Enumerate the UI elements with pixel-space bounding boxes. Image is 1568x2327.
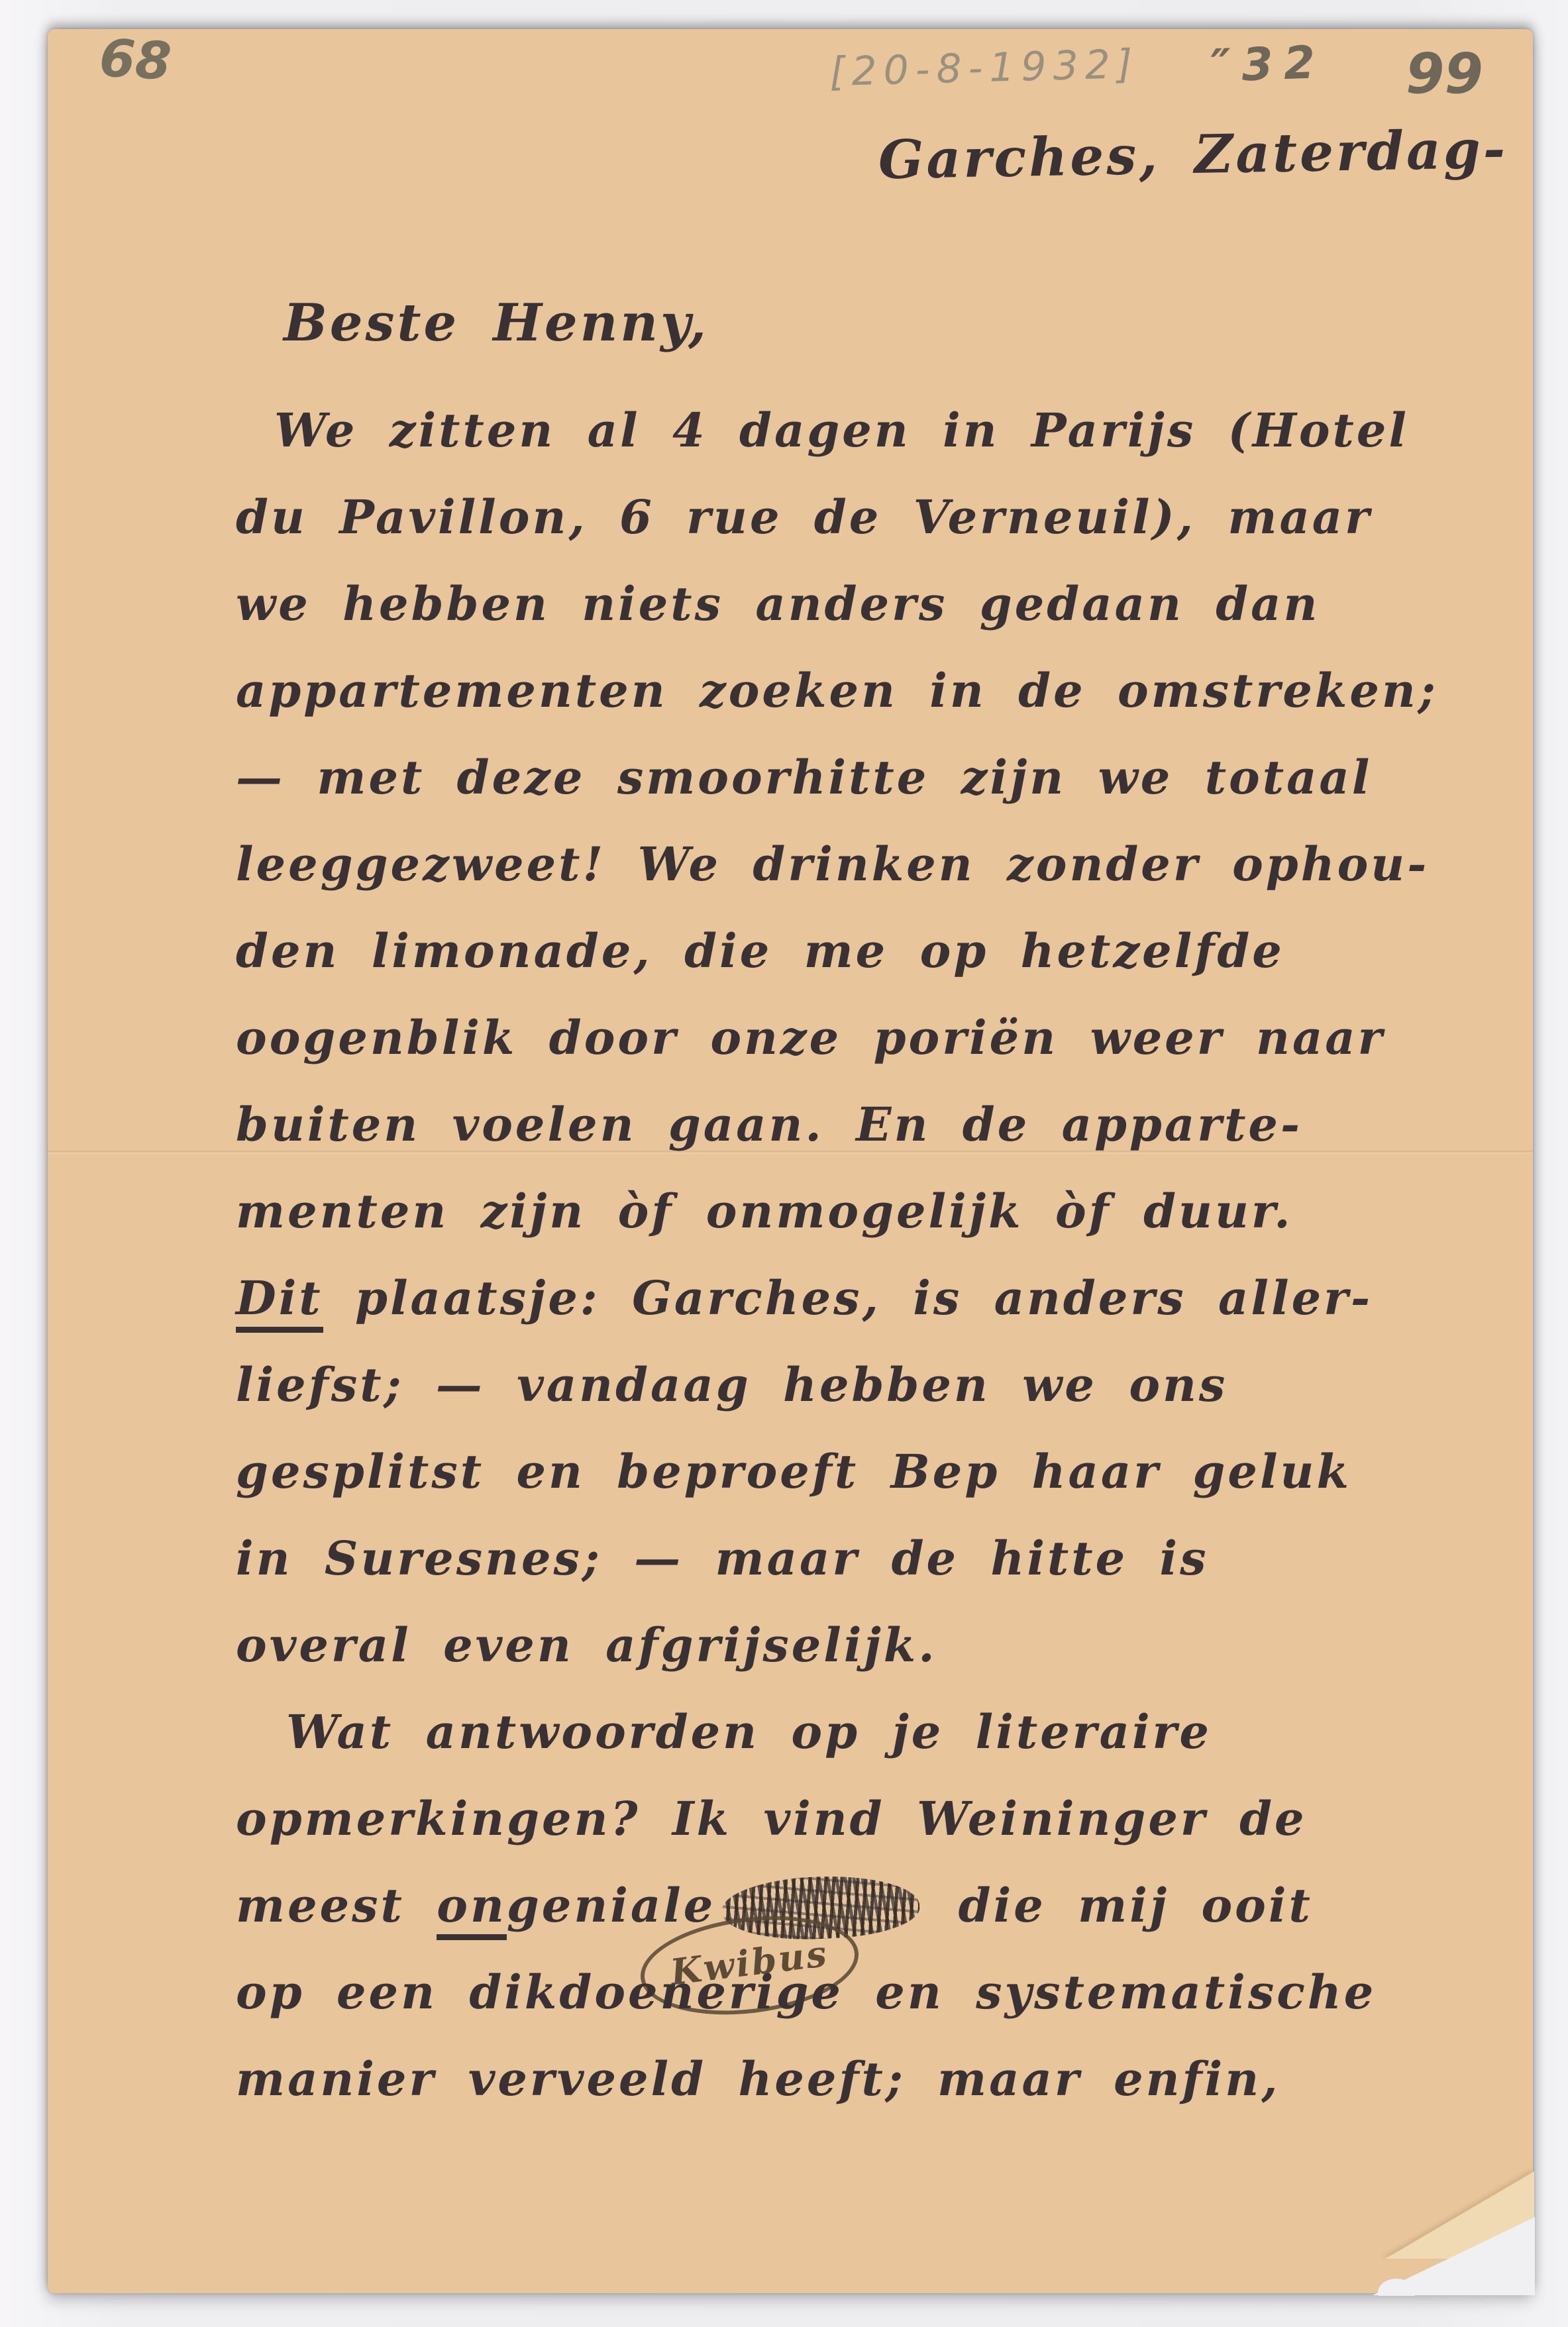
- letter-line: den limonade, die me op hetzelfde: [236, 907, 1438, 994]
- letter-heading-place-date: Garches, Zaterdag-: [878, 118, 1508, 191]
- letter-line: oogenblik door onze poriën weer naar: [236, 994, 1438, 1081]
- letter-line: menten zijn òf onmogelijk òf duur.: [236, 1168, 1438, 1255]
- letter-salutation: Beste Henny,: [284, 293, 709, 353]
- letter-line: Dit plaatsje: Garches, is anders aller-: [236, 1255, 1438, 1341]
- page-background: 68 [20-8-1932] ″32 99 Garches, Zaterdag-…: [0, 0, 1568, 2327]
- letter-line: buiten voelen gaan. En de apparte-: [236, 1081, 1438, 1168]
- letter-line: leeggezweet! We drinken zonder ophou-: [236, 821, 1438, 907]
- letter-line: gesplitst en beproeft Bep haar geluk: [236, 1428, 1438, 1515]
- letter-line: Wat antwoorden op je literaire: [236, 1688, 1438, 1775]
- letter-line-text: die mij ooit: [926, 1878, 1312, 1933]
- letter-line: op een dikdoenerige en systematische: [236, 1949, 1438, 2036]
- on-underlined-prefix: on: [437, 1878, 507, 1940]
- pencil-inventory-number: 68: [98, 28, 173, 92]
- letter-line: opmerkingen? Ik vind Weininger de: [236, 1775, 1438, 1862]
- letter-line: manier verveeld heeft; maar enfin,: [236, 2036, 1438, 2122]
- letter-line: — met deze smoorhitte zijn we totaal: [236, 734, 1438, 821]
- pencil-date-annotation: [20-8-1932]: [829, 41, 1139, 95]
- letter-line-text: geniale: [507, 1878, 715, 1933]
- letter-line: meest ongeniale die mij ooit Kwibus: [236, 1862, 1438, 1949]
- letter-line: we hebben niets anders gedaan dan: [236, 560, 1438, 647]
- letter-body: We zitten al 4 dagen in Parijs (Hotel du…: [236, 387, 1438, 2122]
- pencil-year-annotation: ″32: [1210, 36, 1327, 93]
- letter-line: We zitten al 4 dagen in Parijs (Hotel: [236, 387, 1438, 474]
- letter-line: overal even afgrijselijk.: [236, 1602, 1438, 1688]
- letter-line: du Pavillon, 6 rue de Verneuil), maar: [236, 474, 1438, 560]
- letter-line-text: plaatsje: Garches, is anders aller-: [323, 1270, 1373, 1325]
- letter-line: in Suresnes; — maar de hitte is: [236, 1515, 1438, 1602]
- pencil-page-number: 99: [1406, 41, 1483, 106]
- letter-line: liefst; — vandaag hebben we ons: [236, 1341, 1438, 1428]
- letter-line: appartementen zoeken in de omstreken;: [236, 647, 1438, 734]
- letter-line-text: meest: [236, 1878, 437, 1933]
- dit-underlined-word: Dit: [236, 1270, 323, 1333]
